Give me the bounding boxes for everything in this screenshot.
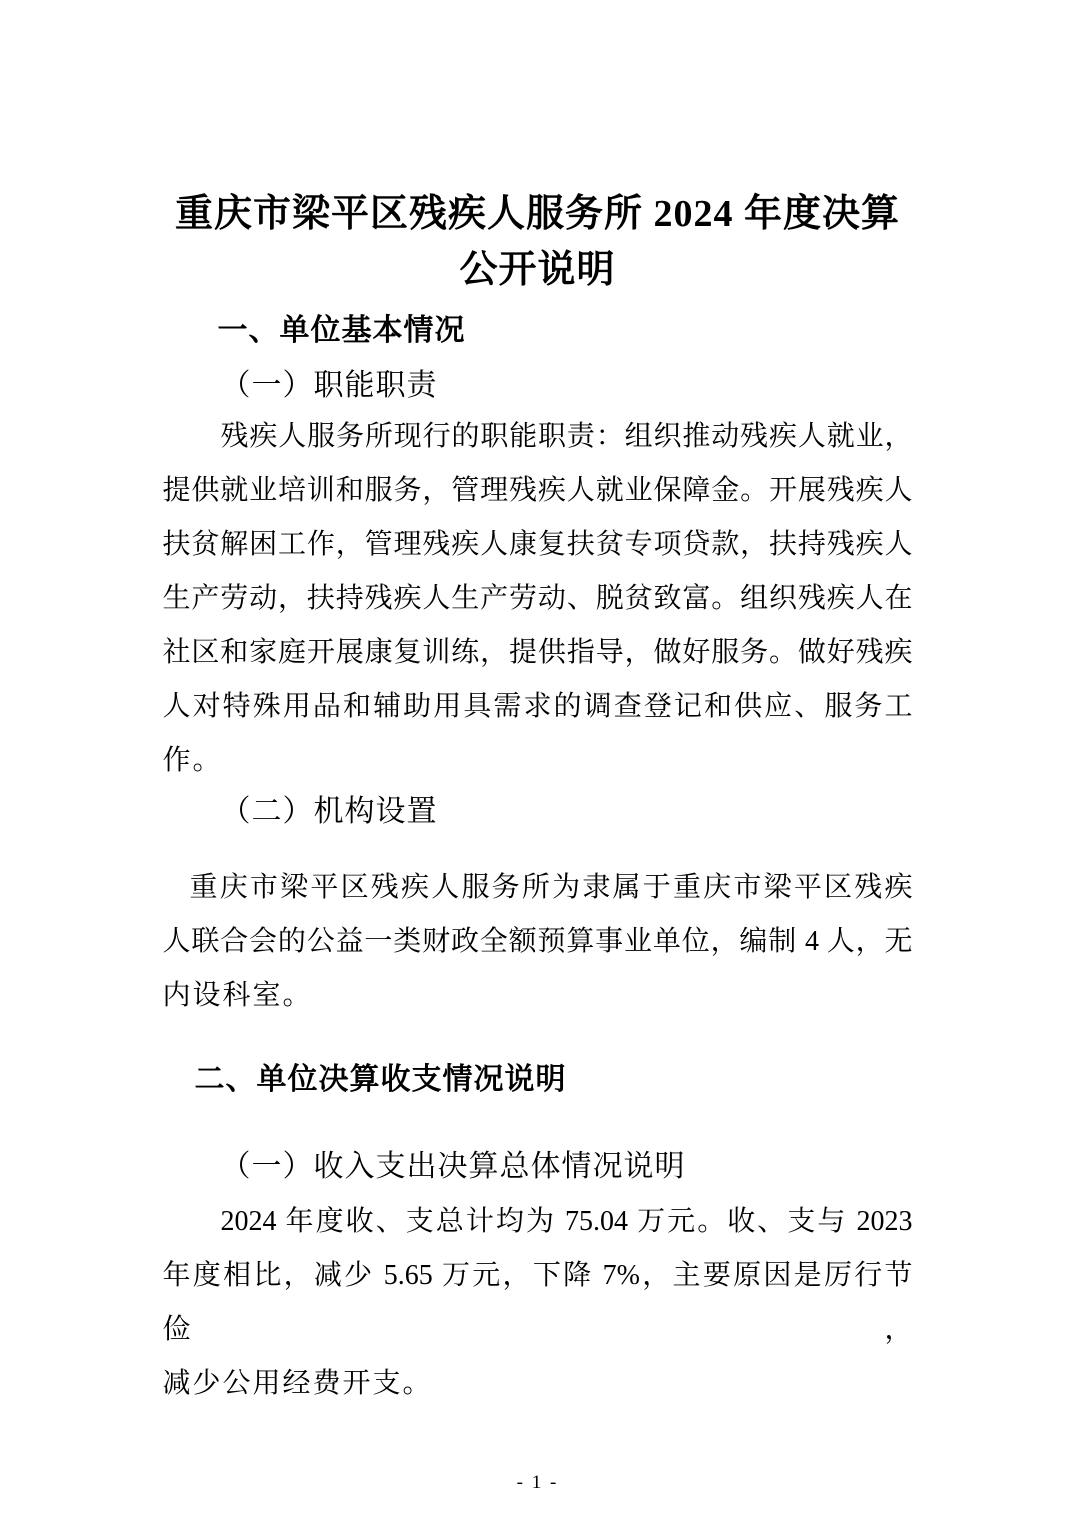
- text-line: 提供就业培训和服务，管理残疾人就业保障金。开展残疾人: [163, 464, 913, 518]
- text-line: 扶贫解困工作，管理残疾人康复扶贫专项贷款，扶持残疾人: [163, 518, 913, 572]
- text-line: 内设科室。: [163, 969, 913, 1023]
- text-line: 生产劳动，扶持残疾人生产劳动、脱贫致富。组织残疾人在: [163, 572, 913, 626]
- text-line: 人对特殊用品和辅助用具需求的调查登记和供应、服务工: [163, 680, 913, 734]
- text-line: 重庆市梁平区残疾人服务所 2024 年度决算: [163, 186, 913, 242]
- text-line: 重庆市梁平区残疾人服务所为隶属于重庆市梁平区残疾: [163, 861, 913, 915]
- paragraph-budget-summary: 2024 年度收、支总计均为 75.04 万元。收、支与 2023年度相比，减少…: [163, 1195, 913, 1411]
- document-body: 重庆市梁平区残疾人服务所 2024 年度决算公开说明 一、单位基本情况 （一）职…: [163, 186, 913, 1496]
- section-heading-2: 二、单位决算收支情况说明: [163, 1060, 913, 1100]
- text-line: 残疾人服务所现行的职能职责：组织推动残疾人就业，: [163, 410, 913, 464]
- text-line: 年度相比，减少 5.65 万元，下降 7%，主要原因是厉行节俭，: [163, 1249, 913, 1357]
- text-line: 减少公用经费开支。: [163, 1357, 913, 1411]
- sub-heading-2-1: （一）收入支出决算总体情况说明: [163, 1147, 913, 1187]
- text-line: 社区和家庭开展康复训练，提供指导，做好服务。做好残疾: [163, 626, 913, 680]
- text-line: 2024 年度收、支总计均为 75.04 万元。收、支与 2023: [163, 1195, 913, 1249]
- sub-heading-1-1: （一）职能职责: [163, 366, 913, 406]
- section-heading-1: 一、单位基本情况: [163, 311, 913, 351]
- document-title: 重庆市梁平区残疾人服务所 2024 年度决算公开说明: [163, 186, 913, 298]
- sub-heading-1-2: （二）机构设置: [163, 792, 913, 832]
- paragraph-organization: 重庆市梁平区残疾人服务所为隶属于重庆市梁平区残疾人联合会的公益一类财政全额预算事…: [163, 861, 913, 1023]
- text-line: 作。: [163, 734, 913, 788]
- text-line: 公开说明: [163, 242, 913, 298]
- document-page: { "colors": { "text": "#000000", "backgr…: [0, 0, 1075, 1520]
- text-line: 人联合会的公益一类财政全额预算事业单位，编制 4 人，无: [163, 915, 913, 969]
- page-number: - 1 -: [163, 1470, 913, 1496]
- paragraph-duties: 残疾人服务所现行的职能职责：组织推动残疾人就业，提供就业培训和服务，管理残疾人就…: [163, 410, 913, 788]
